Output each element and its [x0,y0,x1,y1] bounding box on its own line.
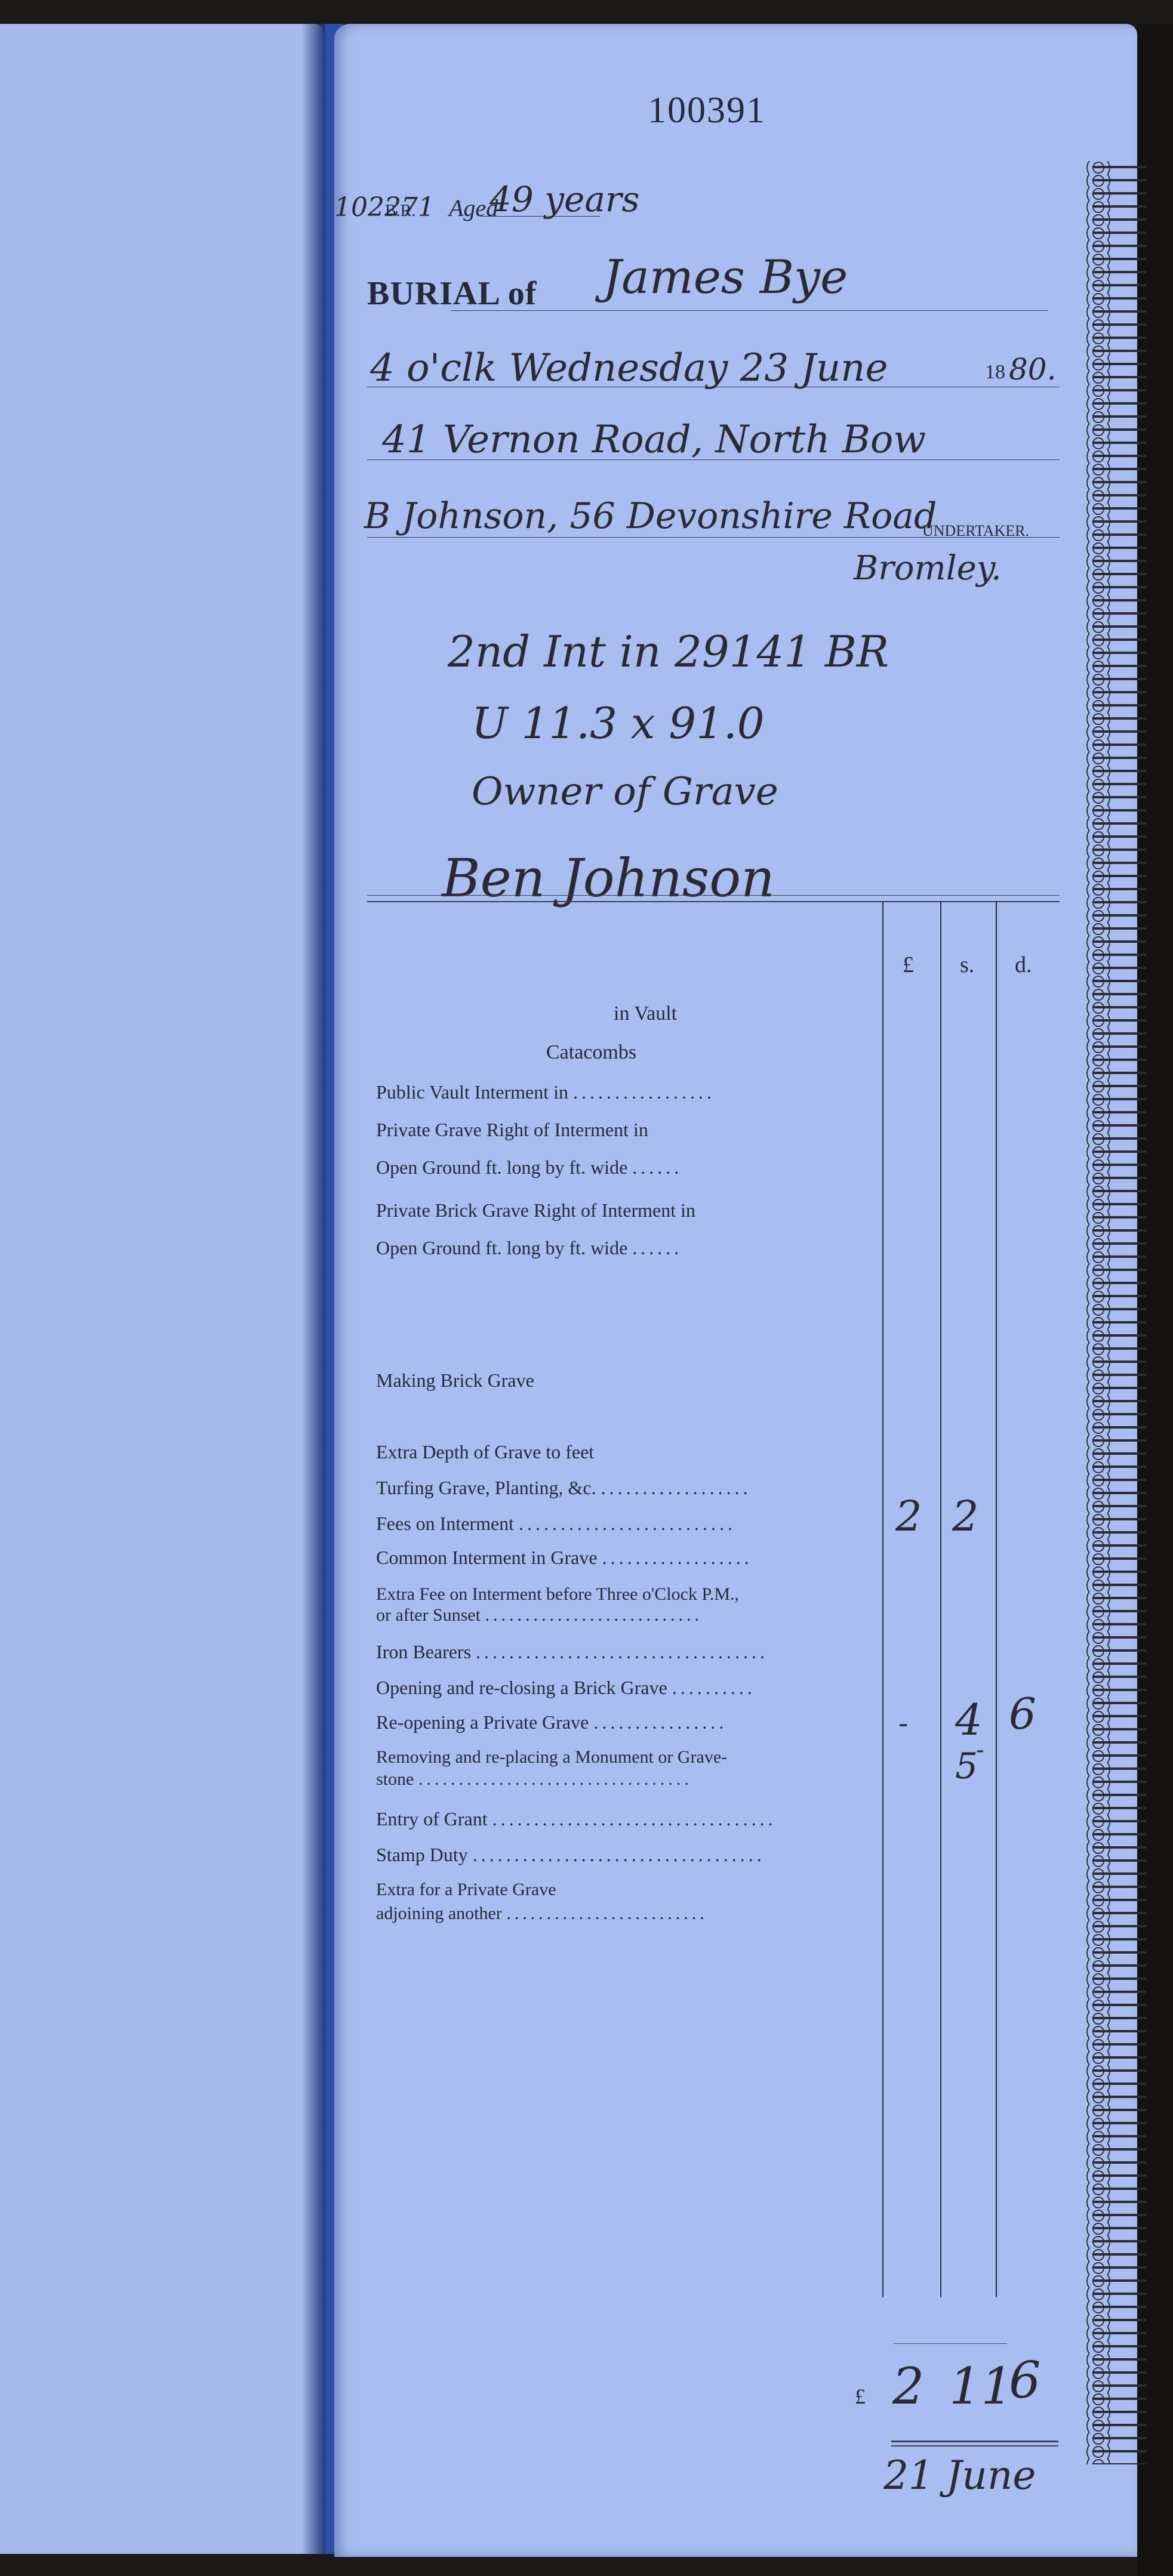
aged-value: 49 years [489,179,639,220]
pounds-column-line [882,901,883,2297]
fee-row: Open Ground ft. long by ft. wide ...... [376,1156,682,1179]
heading-catacombs: Catacombs [546,1041,636,1064]
fees-interment-pounds: 2 [895,1492,922,1541]
fees-interment-shillings: 2 [952,1492,979,1541]
fee-row: Re-opening a Private Grave .............… [376,1711,727,1733]
left-page [0,24,325,2554]
monument-pence: - [976,1736,984,1764]
undertaker-name: B Johnson, 56 Devonshire Road [364,495,937,537]
residence-address: 41 Vernon Road, North Bow [382,418,926,462]
page-fold-shadow [301,24,325,2554]
fee-row: Extra for a Private Grave [376,1880,556,1900]
fee-row: Stamp Duty .............................… [376,1844,765,1866]
fee-row: Private Grave Right of Interment in [376,1119,648,1141]
fee-row: Extra Depth of Grave to feet [376,1441,594,1463]
note-owner-of-grave: Owner of Grave [472,770,778,814]
fee-row: adjoining another ......................… [376,1904,708,1924]
owner-signature: Ben Johnson [442,847,775,909]
heading-in-vault: in Vault [614,1002,677,1025]
fee-row: Turfing Grave, Planting, &c. ...........… [376,1477,752,1499]
fee-row: Private Brick Grave Right of Interment i… [376,1199,695,1221]
spiral-binding [1092,161,1146,2464]
undertaker-address-line2: Bromley. [854,549,1002,588]
fee-row: stone .................................. [376,1769,692,1790]
note-grave-dimensions: U 11.3 x 91.0 [472,698,765,748]
br-label: B.R. [385,202,415,221]
table-top-rule-2 [367,901,1060,902]
total-label: £ [855,2384,866,2409]
year-suffix: 80. [1009,352,1057,387]
fee-row: Fees on Interment ......................… [376,1513,736,1535]
fee-row: Removing and re-placing a Monument or Gr… [376,1747,727,1767]
fee-row: Making Brick Grave [376,1369,534,1392]
total-shillings: 11 [949,2357,1013,2415]
payment-date: 21 June [883,2452,1036,2498]
reopening-pence: 6 [1009,1689,1036,1739]
name-underline [451,310,1048,311]
note-second-interment: 2nd Int in 29141 BR [448,627,889,677]
entry-number: 100391 [648,90,766,132]
burial-of-label: BURIAL of [367,274,537,313]
fee-row: Common Interment in Grave ..............… [376,1547,753,1569]
year-prefix: 18 [985,361,1005,384]
fee-row: Public Vault Interment in ..............… [376,1081,715,1103]
monument-shillings: 5 [955,1745,978,1787]
burial-time-date: 4 o'clk Wednesday 23 June [370,346,888,390]
reopening-pounds: - [898,1707,908,1740]
br-number: 102271 [334,192,435,223]
fee-row: Iron Bearers ...........................… [376,1641,768,1663]
fee-row: or after Sunset ........................… [376,1605,703,1625]
shillings-column-line [940,901,941,2297]
column-pence: d. [1015,952,1032,978]
column-pounds: £ [903,952,914,978]
fee-row: Entry of Grant .........................… [376,1808,777,1830]
fee-row: Opening and re-closing a Brick Grave ...… [376,1677,756,1699]
register-page [334,24,1137,2557]
fee-row: Open Ground ft. long by ft. wide ...... [376,1237,682,1259]
column-shillings: s. [960,952,974,978]
total-pounds: 2 [892,2357,924,2415]
undertaker-label: UNDERTAKER. [922,522,1029,540]
total-bottom-rule [891,2441,1058,2442]
total-top-rule [894,2343,1007,2344]
table-top-rule [367,895,1060,896]
total-bottom-rule-2 [891,2445,1058,2447]
fee-row: Extra Fee on Interment before Three o'Cl… [376,1584,739,1605]
total-pence: 6 [1009,2351,1040,2410]
deceased-name: James Bye [603,251,848,304]
pence-column-line [996,901,997,2297]
